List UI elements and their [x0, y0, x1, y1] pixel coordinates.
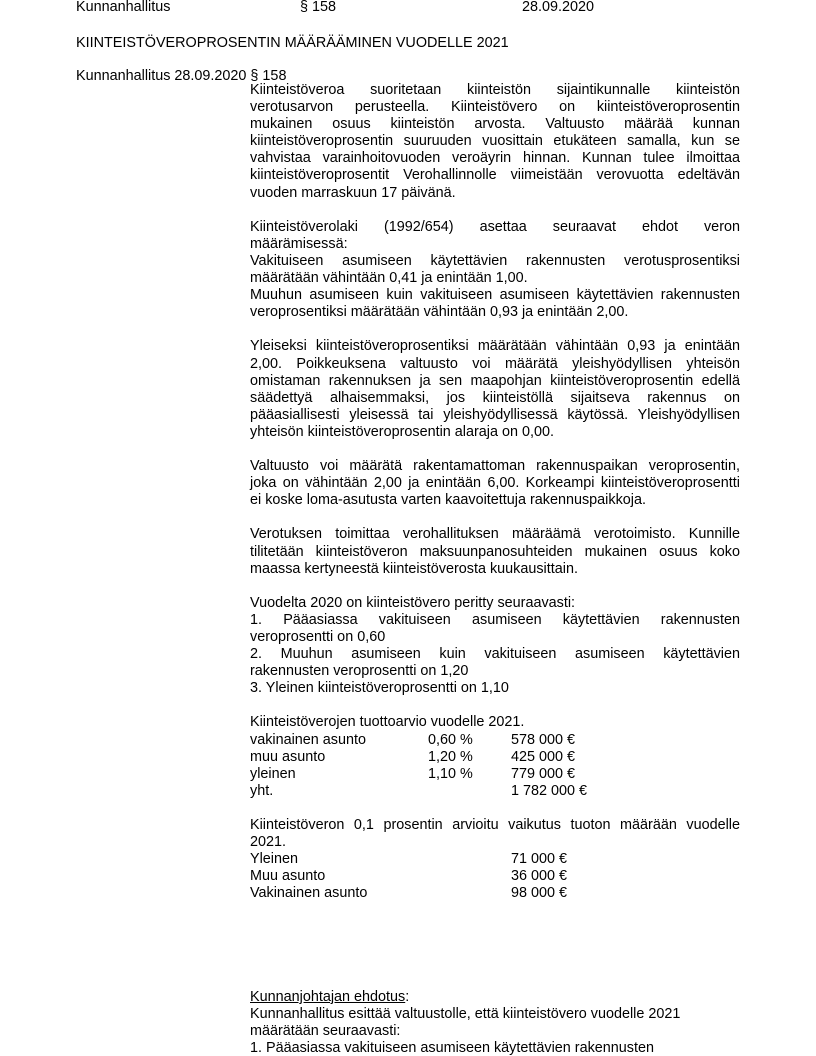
text-line: vahvistaa varainhoitovuoden veroäyrin hi…: [250, 150, 740, 167]
revenue-estimate-table: Kiinteistöverojen tuottoarvio vuodelle 2…: [250, 714, 740, 799]
row-label: muu asunto: [250, 749, 325, 766]
text-line: mukainen osuus kiinteistön arvosta. Valt…: [250, 116, 740, 133]
row-amount: 36 000 €: [511, 868, 567, 885]
text-line: 1. Pääasiassa vakituiseen asumiseen käyt…: [250, 1040, 740, 1056]
text-line: kiinteistöveroprosentin suuruuden vuosit…: [250, 133, 740, 150]
text-line: yhteisön kiinteistöveroprosentin alaraja…: [250, 424, 740, 441]
text-line: määrätään vähintään 0,41 ja enintään 1,0…: [250, 270, 740, 287]
table-row: Muu asunto 36 000 €: [250, 868, 740, 885]
text-line: kiinteistöveroprosentit Verohallinnolle …: [250, 167, 740, 184]
proposal-heading: Kunnanjohtajan ehdotus: [250, 989, 405, 1005]
row-amount: 425 000 €: [511, 749, 575, 766]
paragraph-tax-office: Verotuksen toimittaa verohallituksen mää…: [250, 526, 740, 577]
text-line: omistaman rakennuksen ja sen maapohjan k…: [250, 373, 740, 390]
text-line: maassa kertyneestä kiinteistöverosta kuu…: [250, 561, 740, 578]
impact-estimate-heading: 2021.: [250, 834, 740, 851]
text-line: joka on vähintään 2,00 ja enintään 6,00.…: [250, 475, 740, 492]
header-date: 28.09.2020: [522, 0, 594, 16]
paragraph-property-tax-basis: Kiinteistöveroa suoritetaan kiinteistön …: [250, 82, 740, 202]
text-line: ei koske loma-asutusta varten kaavoitett…: [250, 492, 740, 509]
proposal-section: Kunnanjohtajan ehdotus: Kunnanhallitus e…: [250, 989, 740, 1056]
text-line: verotusarvon perusteella. Kiinteistövero…: [250, 99, 740, 116]
row-amount: 578 000 €: [511, 732, 575, 749]
text-line: Vuodelta 2020 on kiinteistövero peritty …: [250, 595, 740, 612]
revenue-estimate-heading: Kiinteistöverojen tuottoarvio vuodelle 2…: [250, 714, 740, 731]
text-line: Kiinteistöveroa suoritetaan kiinteistön …: [250, 82, 740, 99]
row-amount: 1 782 000 €: [511, 783, 587, 800]
text-line: 3. Yleinen kiinteistöveroprosentti on 1,…: [250, 680, 740, 697]
table-row: muu asunto 1,20 % 425 000 €: [250, 749, 740, 766]
text-line: Kunnanhallitus esittää valtuustolle, ett…: [250, 1006, 740, 1023]
text-line: pääasiallisesti yleisessä tai yleishyödy…: [250, 407, 740, 424]
text-line: Muuhun asumiseen kuin vakituiseen asumis…: [250, 287, 740, 304]
paragraph-general-rate: Yleiseksi kiinteistöveroprosentiksi määr…: [250, 338, 740, 441]
table-row: Vakinainen asunto 98 000 €: [250, 885, 740, 902]
row-rate: 1,10 %: [428, 766, 473, 783]
text-line: säädettyä alhaisemmaksi, jos kiinteistöl…: [250, 390, 740, 407]
text-line: Yleiseksi kiinteistöveroprosentiksi määr…: [250, 338, 740, 355]
text-line: rakennusten veroprosentti on 1,20: [250, 663, 740, 680]
paragraph-unbuilt-plot: Valtuusto voi määrätä rakentamattoman ra…: [250, 458, 740, 509]
paragraph-property-tax-law: Kiinteistöverolaki (1992/654) asettaa se…: [250, 219, 740, 322]
text-line: Vakituiseen asumiseen käytettävien raken…: [250, 253, 740, 270]
row-amount: 71 000 €: [511, 851, 567, 868]
row-amount: 779 000 €: [511, 766, 575, 783]
row-amount: 98 000 €: [511, 885, 567, 902]
document-body: Kiinteistöveroa suoritetaan kiinteistön …: [250, 82, 740, 903]
header-body-name: Kunnanhallitus: [76, 0, 170, 16]
impact-estimate-table: Kiinteistöveron 0,1 prosentin arvioitu v…: [250, 817, 740, 902]
proposal-heading-line: Kunnanjohtajan ehdotus:: [250, 989, 740, 1006]
text-line: määrätään seuraavasti:: [250, 1023, 740, 1040]
text-line: veroprosentiksi määrätään vähintään 0,93…: [250, 304, 740, 321]
document-title: KIINTEISTÖVEROPROSENTIN MÄÄRÄÄMINEN VUOD…: [76, 35, 509, 52]
row-rate: 1,20 %: [428, 749, 473, 766]
text-line: Valtuusto voi määrätä rakentamattoman ra…: [250, 458, 740, 475]
text-line: Kiinteistöverolaki (1992/654) asettaa se…: [250, 219, 740, 236]
text-line: määrämisessä:: [250, 236, 740, 253]
text-line: 2. Muuhun asumiseen kuin vakituiseen asu…: [250, 646, 740, 663]
table-row: yleinen 1,10 % 779 000 €: [250, 766, 740, 783]
table-row: Yleinen 71 000 €: [250, 851, 740, 868]
text-line: vuoden marraskuun 17 päivänä.: [250, 185, 740, 202]
text-line: tilitetään kiinteistöveron maksuunpanosu…: [250, 544, 740, 561]
impact-estimate-heading: Kiinteistöveron 0,1 prosentin arvioitu v…: [250, 817, 740, 834]
text-line: veroprosentti on 0,60: [250, 629, 740, 646]
row-label: vakinainen asunto: [250, 732, 366, 749]
row-label: yleinen: [250, 766, 296, 783]
paragraph-2020-rates: Vuodelta 2020 on kiinteistövero peritty …: [250, 595, 740, 698]
row-label: Yleinen: [250, 851, 298, 868]
text-line: Verotuksen toimittaa verohallituksen mää…: [250, 526, 740, 543]
text-line: 1. Pääasiassa vakituiseen asumiseen käyt…: [250, 612, 740, 629]
row-label: Vakinainen asunto: [250, 885, 367, 902]
row-label: Muu asunto: [250, 868, 325, 885]
text-line: 2,00. Poikkeuksena valtuusto voi määrätä…: [250, 356, 740, 373]
table-row: vakinainen asunto 0,60 % 578 000 €: [250, 732, 740, 749]
row-rate: 0,60 %: [428, 732, 473, 749]
row-label: yht.: [250, 783, 273, 800]
header-section-number: § 158: [300, 0, 336, 16]
table-row-total: yht. 1 782 000 €: [250, 783, 740, 800]
proposal-heading-colon: :: [405, 989, 409, 1005]
